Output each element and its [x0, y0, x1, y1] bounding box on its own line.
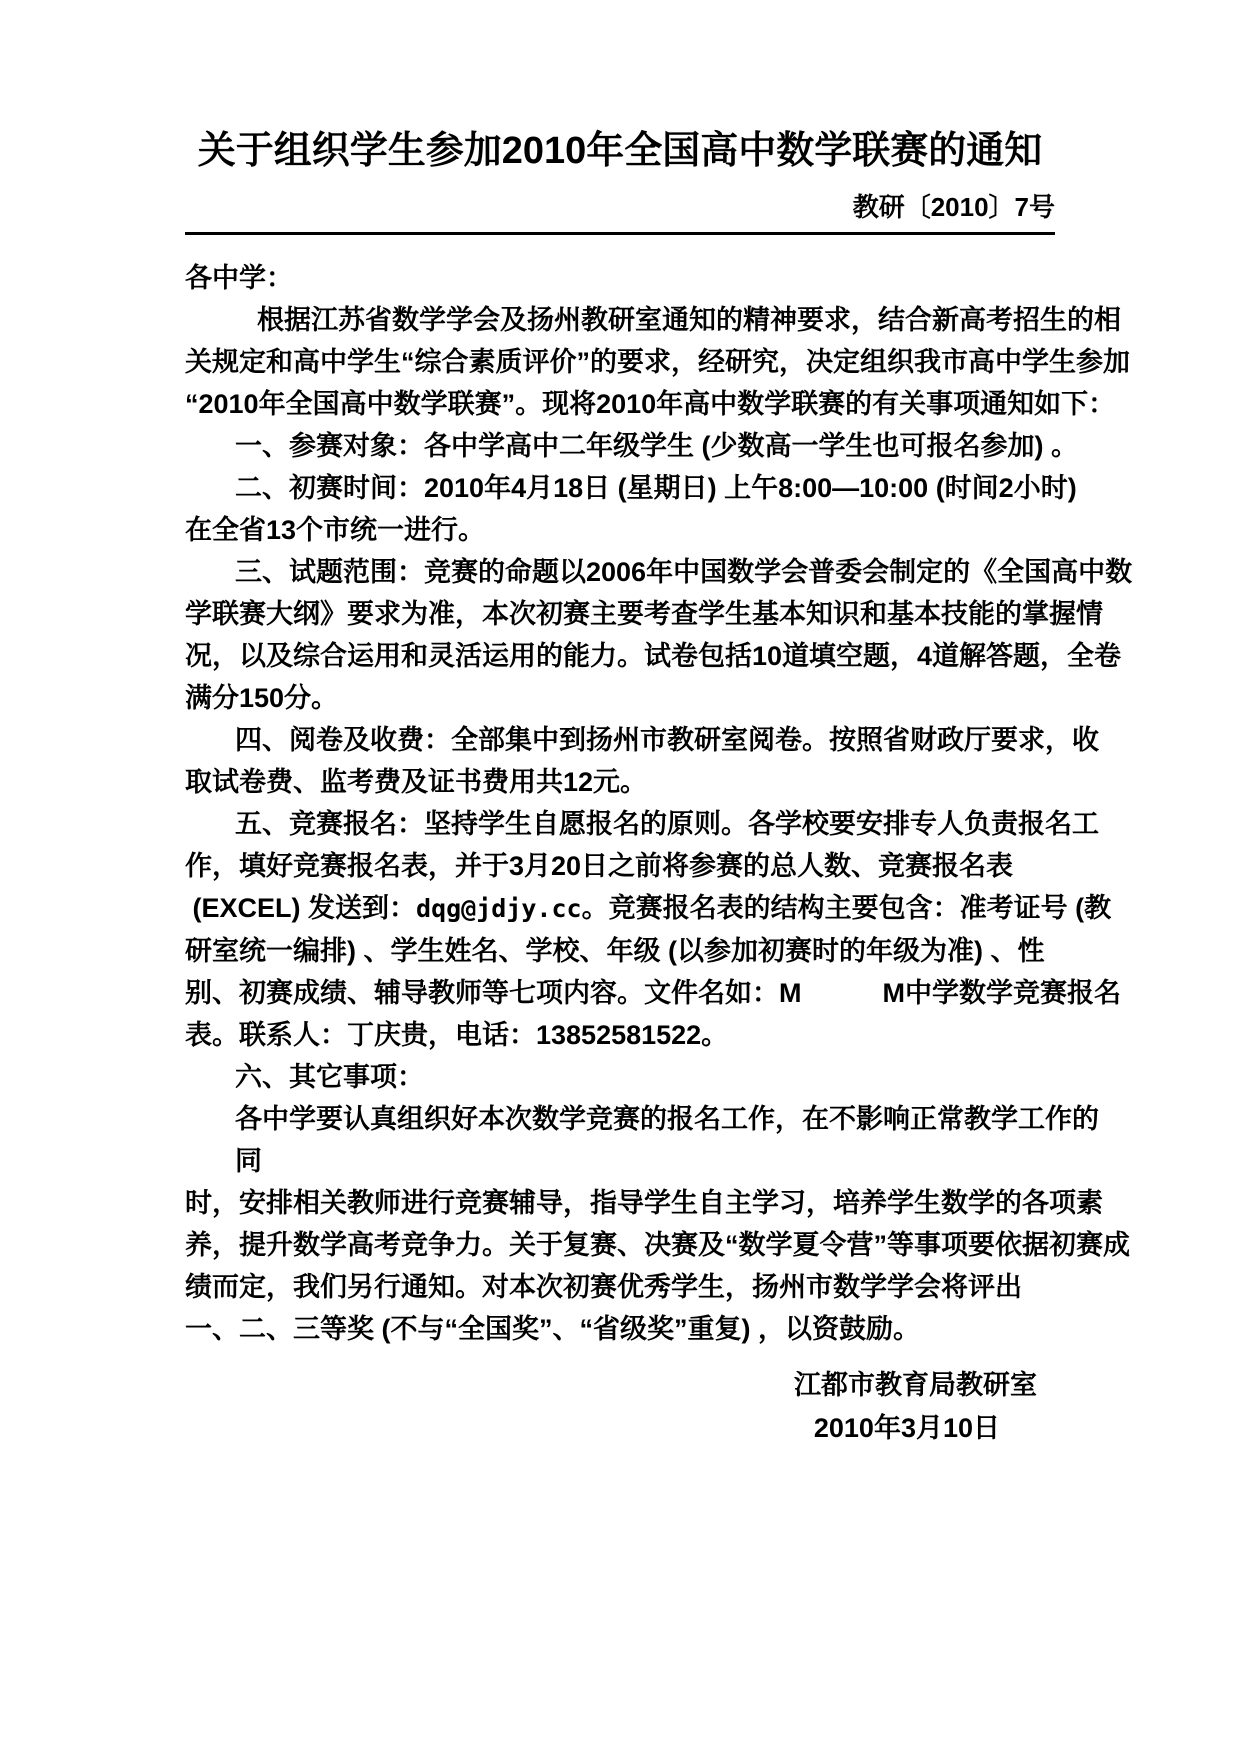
notice-document: 关于组织学生参加2010年全国高中数学联赛的通知 教研〔2010〕7号 各中学：… — [0, 122, 1241, 1450]
doc-line: 六、其它事项： — [185, 1056, 1055, 1098]
doc-line: 二、初赛时间：2010年4月18日 (星期日) 上午8:00—10:00 (时间… — [185, 467, 1055, 509]
document-number: 教研〔2010〕7号 — [185, 190, 1055, 235]
doc-line: 四、阅卷及收费：全部集中到扬州市教研室阅卷。按照省财政厅要求，收 — [185, 719, 1055, 761]
doc-line: 根据江苏省数学学会及扬州教研室通知的精神要求，结合新高考招生的相 — [185, 299, 1055, 341]
doc-line: 关规定和高中学生“综合素质评价”的要求，经研究，决定组织我市高中学生参加 — [185, 341, 1055, 383]
doc-line: 取试卷费、监考费及证书费用共12元。 — [185, 761, 1055, 803]
document-body: 各中学：根据江苏省数学学会及扬州教研室通知的精神要求，结合新高考招生的相关规定和… — [185, 257, 1055, 1350]
document-title: 关于组织学生参加2010年全国高中数学联赛的通知 — [185, 122, 1055, 180]
doc-line-text: 。竞赛报名表的结构主要包含：准考证号 (教 — [582, 893, 1112, 923]
doc-line: (EXCEL) 发送到：dqg@jdjy.cc。竞赛报名表的结构主要包含：准考证… — [185, 887, 1055, 930]
signature-date: 2010年3月10日 — [185, 1406, 1055, 1450]
doc-line: 一、参赛对象：各中学高中二年级学生 (少数高一学生也可报名参加) 。 — [185, 425, 1055, 467]
doc-line: 各中学要认真组织好本次数学竞赛的报名工作，在不影响正常教学工作的 — [185, 1098, 1055, 1140]
doc-line: 研室统一编排) 、学生姓名、学校、年级 (以参加初赛时的年级为准) 、性 — [185, 930, 1055, 972]
doc-line: 三、试题范围：竞赛的命题以2006年中国数学会普委会制定的《全国高中数 — [185, 551, 1055, 593]
document-page: 关于组织学生参加2010年全国高中数学联赛的通知 教研〔2010〕7号 各中学：… — [0, 0, 1241, 1754]
doc-line: 各中学： — [185, 257, 1055, 299]
email-address: dqg@jdjy.cc — [416, 894, 582, 923]
doc-line: 表。联系人：丁庆贵，电话：13852581522。 — [185, 1014, 1055, 1056]
doc-line: 满分150分。 — [185, 677, 1055, 719]
doc-line-text: (EXCEL) 发送到： — [185, 893, 416, 923]
doc-line: 作，填好竞赛报名表，并于3月20日之前将参赛的总人数、竞赛报名表 — [185, 845, 1055, 887]
doc-line: 在全省13个市统一进行。 — [185, 509, 1055, 551]
doc-line: 况，以及综合运用和灵活运用的能力。试卷包括10道填空题，4道解答题，全卷 — [185, 635, 1055, 677]
doc-line: 五、竞赛报名：坚持学生自愿报名的原则。各学校要安排专人负责报名工 — [185, 803, 1055, 845]
doc-line: 一、二、三等奖 (不与“全国奖”、“省级奖”重复) ，以资鼓励。 — [185, 1308, 1055, 1350]
doc-line: 绩而定，我们另行通知。对本次初赛优秀学生，扬州市数学学会将评出 — [185, 1266, 1055, 1308]
signature-org: 江都市教育局教研室 — [185, 1364, 1055, 1406]
doc-line: 养，提升数学高考竞争力。关于复赛、决赛及“数学夏令营”等事项要依据初赛成 — [185, 1224, 1055, 1266]
doc-line: 学联赛大纲》要求为准，本次初赛主要考查学生基本知识和基本技能的掌握情 — [185, 593, 1055, 635]
doc-line: 时，安排相关教师进行竞赛辅导，指导学生自主学习，培养学生数学的各项素 — [185, 1182, 1055, 1224]
doc-line: 同 — [185, 1140, 1055, 1182]
doc-line: “2010年全国高中数学联赛”。现将2010年高中数学联赛的有关事项通知如下： — [185, 383, 1055, 425]
doc-line: 别、初赛成绩、辅导教师等七项内容。文件名如：M M中学数学竞赛报名 — [185, 972, 1055, 1014]
